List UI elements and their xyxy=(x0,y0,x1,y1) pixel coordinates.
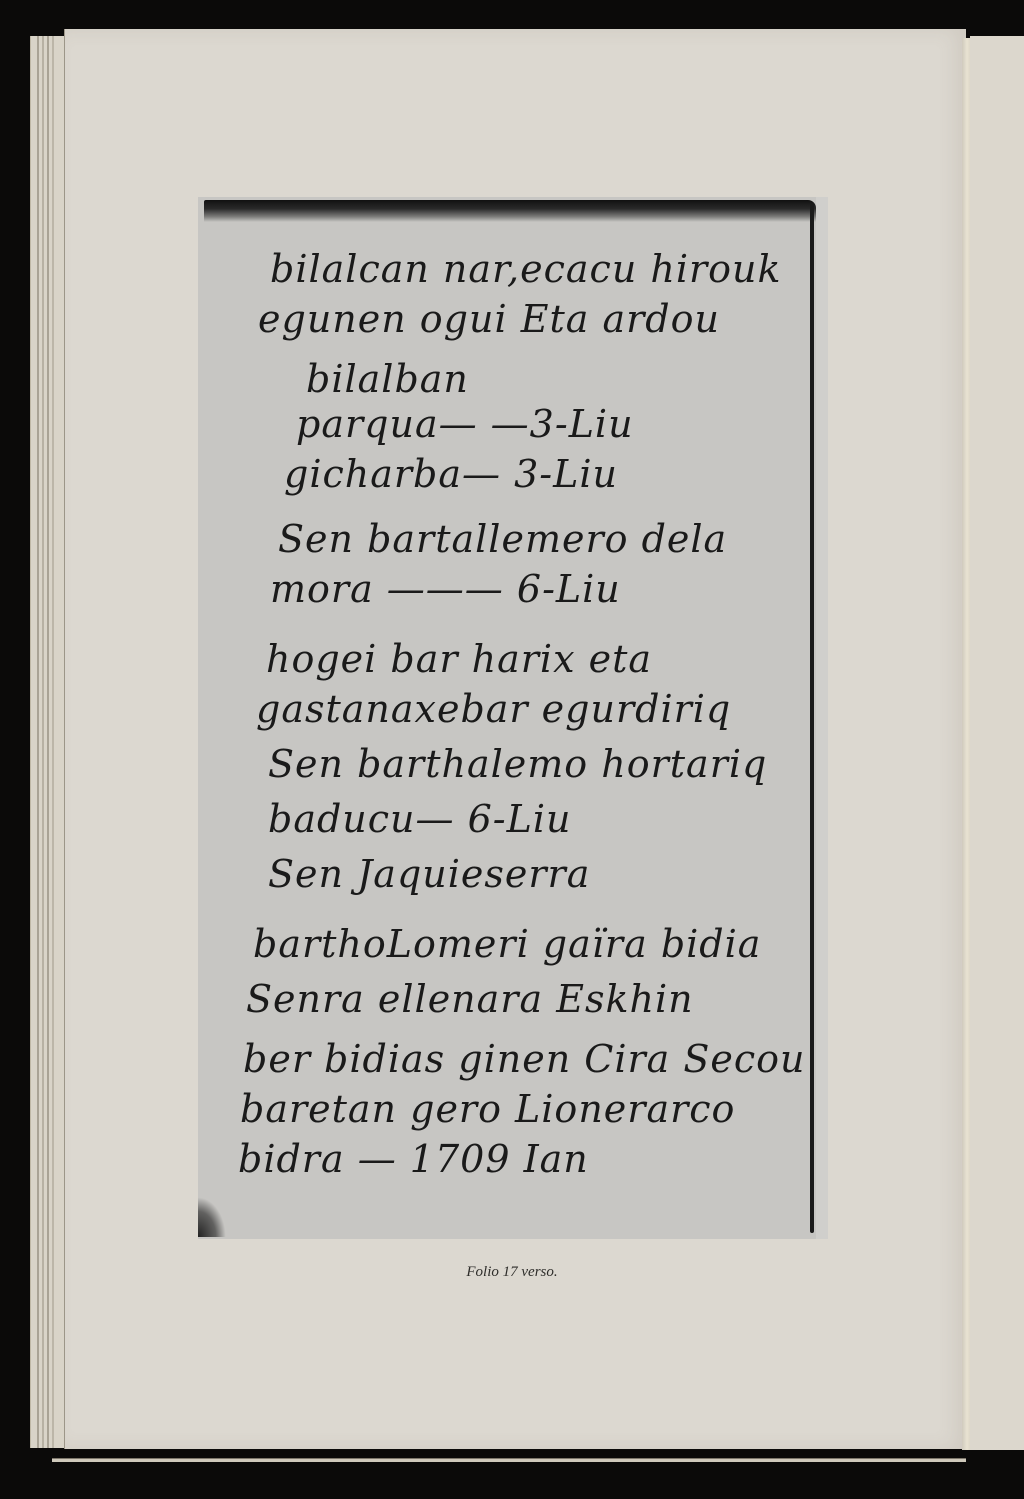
plate-margin-rule xyxy=(810,203,814,1233)
book-scan: bilalcan nar,ecacu hiroukegunen ogui Eta… xyxy=(0,0,1024,1499)
manuscript-line: bilalcan nar,ecacu hirouk xyxy=(270,247,782,291)
manuscript-line: Senra ellenara Eskhin xyxy=(246,977,694,1021)
figure-caption: Folio 17 verso. xyxy=(0,1264,1024,1281)
page-edge xyxy=(42,36,44,1448)
manuscript-line: Sen bartallemero dela xyxy=(278,517,727,561)
manuscript-line: baducu— 6-Liu xyxy=(268,797,572,841)
page-edge xyxy=(47,36,49,1448)
manuscript-line: Sen barthalemo hortariq xyxy=(268,742,767,786)
manuscript-line: gicharba— 3-Liu xyxy=(284,452,618,496)
manuscript-line: baretan gero Lionerarco xyxy=(240,1087,735,1131)
plate-right-strip xyxy=(816,197,828,1239)
page-stack-bottom xyxy=(52,1458,966,1462)
plate-torn-top-edge xyxy=(204,200,816,222)
manuscript-line: barthoLomeri gaïra bidia xyxy=(253,922,761,966)
manuscript-line: bidra — 1709 Ian xyxy=(238,1137,589,1181)
manuscript-line: mora ——— 6-Liu xyxy=(270,567,621,611)
manuscript-line: bilalban xyxy=(306,357,469,401)
right-page xyxy=(970,36,1024,1450)
manuscript-line: ber bidias ginen Cira Secou xyxy=(243,1037,806,1081)
page-edge xyxy=(37,36,39,1448)
page-edge xyxy=(52,36,54,1448)
manuscript-plate: bilalcan nar,ecacu hiroukegunen ogui Eta… xyxy=(198,197,828,1239)
manuscript-line: gastanaxebar egurdiriq xyxy=(256,687,731,731)
manuscript-line: parqua— —3-Liu xyxy=(296,402,634,446)
manuscript-line: hogei bar harix eta xyxy=(266,637,652,681)
manuscript-line: Sen Jaquieserra xyxy=(268,852,590,896)
manuscript-line: egunen ogui Eta ardou xyxy=(258,297,720,341)
plate-corner-stain xyxy=(198,1197,226,1237)
